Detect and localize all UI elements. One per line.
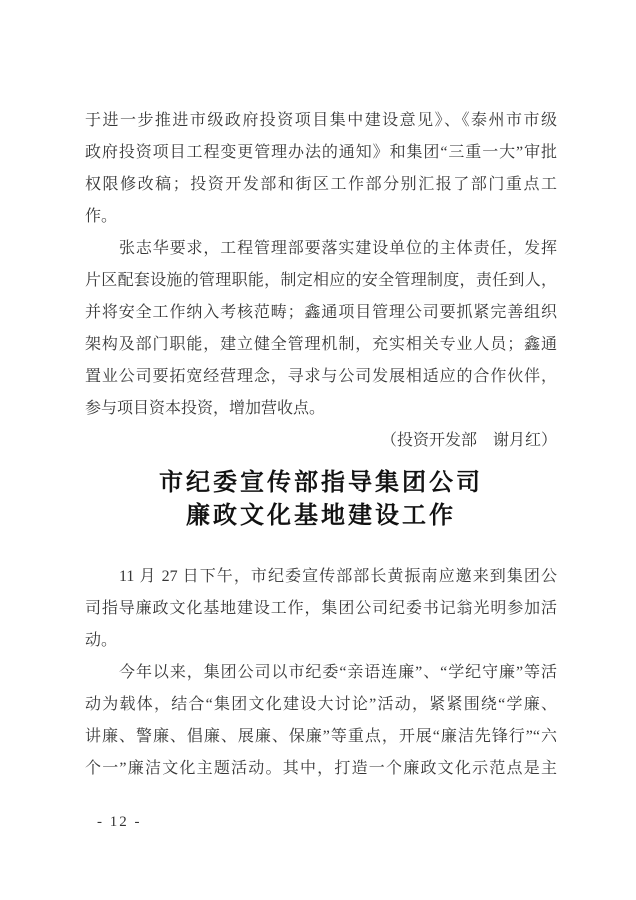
text-line: 政府投资项目工程变更管理办法的通知》和集团“三重一大”审批 xyxy=(85,137,557,169)
text-line: 并将安全工作纳入考核范畴；鑫通项目管理公司要抓紧完善组织 xyxy=(85,297,557,329)
article: 市纪委宣传部指导集团公司 廉政文化基地建设工作 11 月 27 日下午，市纪委宣… xyxy=(85,467,557,785)
text-line: 动。 xyxy=(85,625,557,657)
document-page: 于进一步推进市级政府投资项目集中建设意见》、《泰州市市级政府投资项目工程变更管理… xyxy=(0,0,636,900)
text-line: 参与项目资本投资，增加营收点。 xyxy=(85,393,557,425)
page-content: 于进一步推进市级政府投资项目集中建设意见》、《泰州市市级政府投资项目工程变更管理… xyxy=(85,105,557,785)
text-line: 动为载体，结合“集团文化建设大讨论”活动，紧紧围绕“学廉、 xyxy=(85,689,557,721)
text-line: 架构及部门职能，建立健全管理机制，充实相关专业人员；鑫通 xyxy=(85,329,557,361)
text-line: 今年以来，集团公司以市纪委“亲语连廉”、“学纪守廉”等活 xyxy=(85,657,557,689)
text-line: 置业公司要拓宽经营理念，寻求与公司发展相适应的合作伙伴， xyxy=(85,361,557,393)
article-title: 市纪委宣传部指导集团公司 廉政文化基地建设工作 xyxy=(85,467,557,533)
article-title-line-1: 市纪委宣传部指导集团公司 xyxy=(85,467,557,500)
text-line: 讲廉、警廉、倡廉、展廉、保廉”等重点，开展“廉洁先锋行”“六 xyxy=(85,721,557,753)
continued-article: 于进一步推进市级政府投资项目集中建设意见》、《泰州市市级政府投资项目工程变更管理… xyxy=(85,105,557,457)
page-number: - 12 - xyxy=(97,814,142,831)
text-line: 片区配套设施的管理职能，制定相应的安全管理制度，责任到人， xyxy=(85,265,557,297)
text-line: 权限修改稿；投资开发部和街区工作部分别汇报了部门重点工 xyxy=(85,169,557,201)
paragraph: 11 月 27 日下午，市纪委宣传部部长黄振南应邀来到集团公司指导廉政文化基地建… xyxy=(85,561,557,657)
paragraph: 于进一步推进市级政府投资项目集中建设意见》、《泰州市市级政府投资项目工程变更管理… xyxy=(85,105,557,233)
byline: （投资开发部 谢月红） xyxy=(85,425,557,457)
text-line: 张志华要求，工程管理部要落实建设单位的主体责任，发挥 xyxy=(85,233,557,265)
paragraph: 张志华要求，工程管理部要落实建设单位的主体责任，发挥片区配套设施的管理职能，制定… xyxy=(85,233,557,425)
text-line: 个一”廉洁文化主题活动。其中，打造一个廉政文化示范点是主 xyxy=(85,753,557,785)
article-title-line-2: 廉政文化基地建设工作 xyxy=(85,500,557,533)
text-line: 11 月 27 日下午，市纪委宣传部部长黄振南应邀来到集团公 xyxy=(85,561,557,593)
text-line: 司指导廉政文化基地建设工作，集团公司纪委书记翁光明参加活 xyxy=(85,593,557,625)
paragraph: 今年以来，集团公司以市纪委“亲语连廉”、“学纪守廉”等活动为载体，结合“集团文化… xyxy=(85,657,557,785)
text-line: 作。 xyxy=(85,201,557,233)
text-line: 于进一步推进市级政府投资项目集中建设意见》、《泰州市市级 xyxy=(85,105,557,137)
